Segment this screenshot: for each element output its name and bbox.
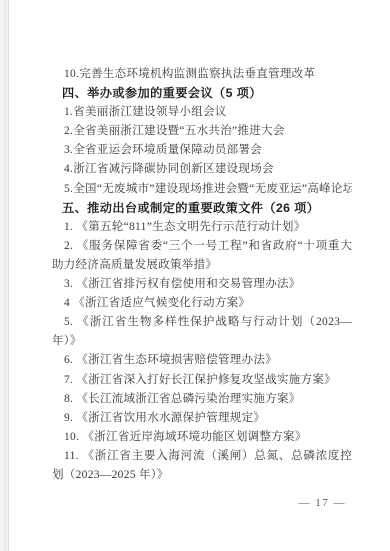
list-item-line: 3. 《浙江省排污权有偿使用和交易管理办法》: [52, 275, 352, 294]
list-item-line: 1.省美丽浙江建设领导小组会议: [52, 103, 352, 122]
continuation-line: 划（2023—2025 年）》: [52, 466, 352, 485]
list-item-line: 10.完善生态环境机构监测监察执法垂直管理改革: [52, 65, 352, 84]
scan-edge-shadow: [0, 0, 9, 551]
list-item-line: 11. 《浙江省主要入海河流（溪闸）总氮、总磷浓度控制计: [52, 447, 352, 466]
list-item-line: 5.全国“无废城市”建设现场推进会暨“无废亚运”高峰论坛: [52, 180, 352, 199]
list-item-line: 9. 《浙江省饮用水水源保护管理规定》: [52, 409, 352, 428]
continuation-line: 年）》: [52, 332, 352, 351]
list-item-line: 2. 《服务保障省委“三个一号工程”和省政府“十项重大工程”: [52, 237, 352, 256]
list-item-line: 6. 《浙江省生态环境损害赔偿管理办法》: [52, 351, 352, 370]
list-item-line: 5. 《浙江省生物多样性保护战略与行动计划（2023—2035: [52, 313, 352, 332]
section-heading: 四、举办或参加的重要会议（5 项）: [52, 84, 352, 103]
page-number: — 17 —: [299, 497, 347, 509]
list-item-line: 10. 《浙江省近岸海域环境功能区划调整方案》: [52, 428, 352, 447]
list-item-line: 7. 《浙江省深入打好长江保护修复攻坚战实施方案》: [52, 371, 352, 390]
section-heading: 五、推动出台或制定的重要政策文件（26 项）: [52, 199, 352, 218]
list-item-line: 4 《浙江省适应气候变化行动方案》: [52, 294, 352, 313]
document-page: 10.完善生态环境机构监测监察执法垂直管理改革 四、举办或参加的重要会议（5 项…: [0, 0, 390, 551]
document-body: 10.完善生态环境机构监测监察执法垂直管理改革 四、举办或参加的重要会议（5 项…: [52, 65, 352, 485]
list-item-line: 3.全省亚运会环境质量保障动员部署会: [52, 141, 352, 160]
list-item-line: 4.浙江省减污降碳协同创新区建设现场会: [52, 160, 352, 179]
continuation-line: 助力经济高质量发展政策举措》: [52, 256, 352, 275]
list-item-line: 8. 《长江流域浙江省总磷污染治理实施方案》: [52, 390, 352, 409]
list-item-line: 2.全省美丽浙江建设暨“五水共治”推进大会: [52, 122, 352, 141]
list-item-line: 1. 《第五轮“811”生态文明先行示范行动计划》: [52, 218, 352, 237]
